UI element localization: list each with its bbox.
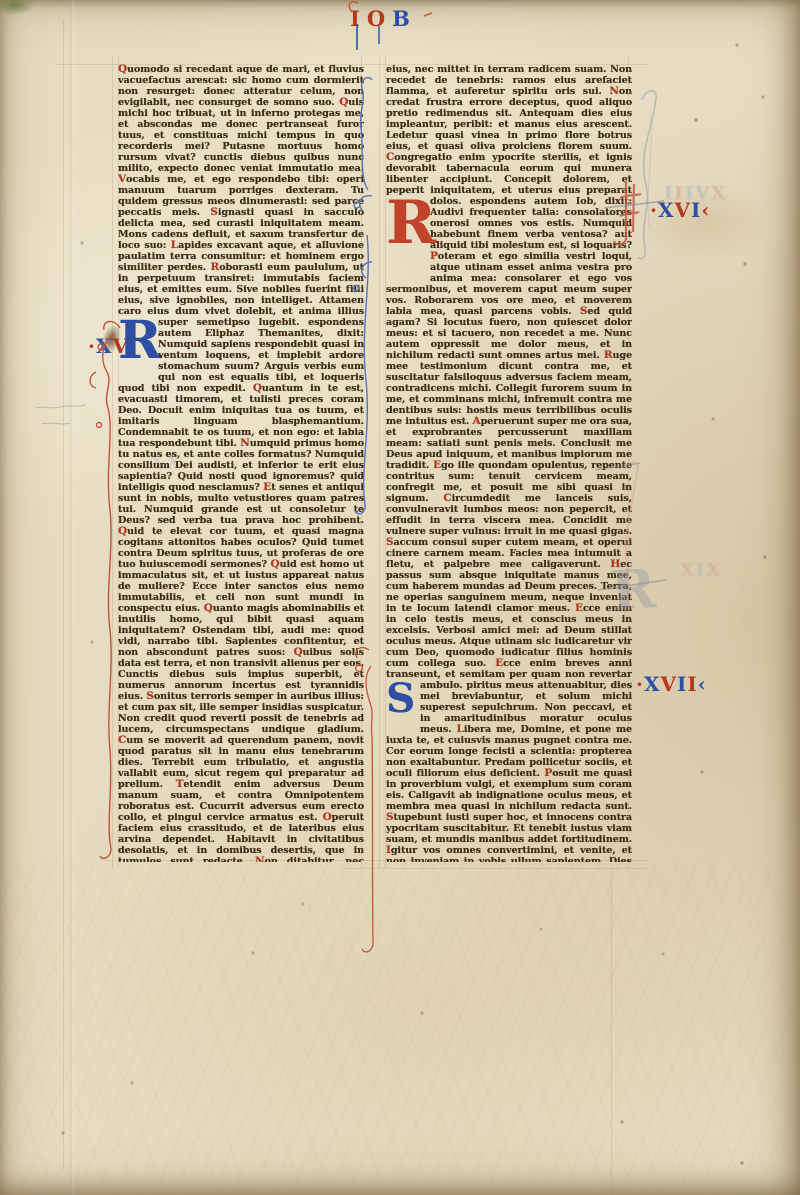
- ruling-line: [63, 20, 64, 1170]
- ruling-line: [112, 56, 113, 868]
- decorated-initial: S: [386, 680, 420, 725]
- letter: I: [350, 6, 367, 31]
- versal-capital: E: [495, 657, 503, 669]
- text-segment: Stupebunt iusti super hoc, et innocens c…: [386, 812, 632, 845]
- versal-capital: Q: [253, 382, 262, 394]
- letter: I: [687, 672, 697, 696]
- parchment-specks: [0, 0, 2, 2]
- letter: X: [96, 334, 113, 358]
- manuscript-page: IOB ·XV‹ ·XVI‹ ·XVII‹ IIIVX XIX XX Quomo…: [0, 0, 800, 1195]
- decorated-initial: R: [386, 196, 430, 284]
- versal-capital: Q: [204, 602, 213, 614]
- offset-numeral-mid-right: XIX: [680, 560, 722, 581]
- versal-capital: T: [176, 778, 184, 790]
- text-column-right: eius, nec mittet in terram radicem suam.…: [386, 64, 632, 862]
- versal-capital: Q: [271, 558, 280, 570]
- text-segment: Quis michi hoc tribuat, ut in inferno pr…: [118, 97, 364, 174]
- versal-capital: C: [386, 151, 394, 163]
- versal-capital: Q: [293, 646, 302, 658]
- fold-crease: [70, 0, 76, 1195]
- versal-capital: R: [604, 349, 613, 361]
- letter: I: [674, 183, 684, 204]
- versal-capital: A: [473, 415, 481, 427]
- versal-capital: L: [457, 723, 464, 735]
- letter: ·: [636, 672, 644, 696]
- text-segment: Sonitus terroris semper in auribus illiu…: [118, 691, 364, 735]
- versal-capital: Q: [339, 96, 348, 108]
- letter: I: [685, 183, 695, 204]
- text-segment: Saccum consui super cutem meam, et operu…: [386, 537, 632, 570]
- fold-crease: [611, 868, 612, 1195]
- versal-capital: S: [146, 690, 153, 702]
- letter: ‹: [698, 672, 707, 696]
- green-stain: [0, 0, 34, 15]
- versal-capital: O: [323, 811, 332, 823]
- offset-numeral-upper-right: IIIVX: [664, 183, 727, 204]
- versal-capital: E: [263, 481, 271, 493]
- letter: X: [706, 560, 722, 581]
- letter: O: [367, 6, 392, 31]
- letter: V: [661, 672, 678, 696]
- versal-capital: P: [544, 767, 552, 779]
- versal-capital: E: [575, 602, 583, 614]
- running-title: IOB: [350, 6, 417, 31]
- versal-capital: N: [240, 437, 250, 449]
- versal-capital: Q: [118, 64, 127, 75]
- letter: I: [677, 672, 687, 696]
- versal-capital: I: [386, 844, 391, 856]
- versal-capital: Q: [118, 525, 127, 537]
- versal-capital: N: [255, 855, 265, 862]
- versal-capital: H: [610, 558, 620, 570]
- letter: I: [696, 560, 706, 581]
- versal-capital: E: [433, 459, 441, 471]
- letter: ·: [650, 198, 658, 222]
- wrinkle-texture: [0, 860, 800, 1195]
- letter: X: [680, 560, 696, 581]
- versal-capital: S: [210, 206, 217, 218]
- text-segment: eius, nec mittet in terram radicem suam.…: [386, 64, 632, 97]
- letter: X: [644, 672, 661, 696]
- penwork-tail-red-left: [90, 321, 120, 858]
- marginal-note-scribble: [36, 405, 86, 424]
- letter: B: [392, 6, 417, 31]
- letter: ·: [88, 334, 96, 358]
- versal-capital: V: [118, 173, 126, 185]
- versal-capital: S: [386, 811, 393, 823]
- versal-capital: S: [580, 305, 587, 317]
- text-column-left: Quomodo si recedant aque de mari, et flu…: [118, 64, 364, 862]
- letter: X: [711, 183, 727, 204]
- versal-capital: R: [211, 261, 220, 273]
- versal-capital: C: [443, 492, 451, 504]
- text-segment: Quomodo si recedant aque de mari, et flu…: [118, 64, 364, 108]
- versal-capital: N: [609, 85, 619, 97]
- text-segment: Igitur vos omnes convertimini, et venite…: [386, 845, 632, 862]
- versal-capital: S: [386, 536, 393, 548]
- letter: I: [664, 183, 674, 204]
- chapter-mark-xvii: ·XVII‹: [636, 672, 707, 696]
- versal-capital: C: [118, 734, 126, 746]
- versal-capital: P: [430, 250, 438, 262]
- decorated-initial: R: [118, 317, 158, 374]
- ruling-line: [340, 868, 648, 869]
- versal-capital: L: [171, 239, 178, 251]
- ruling-line: [379, 56, 380, 868]
- letter: V: [695, 183, 711, 204]
